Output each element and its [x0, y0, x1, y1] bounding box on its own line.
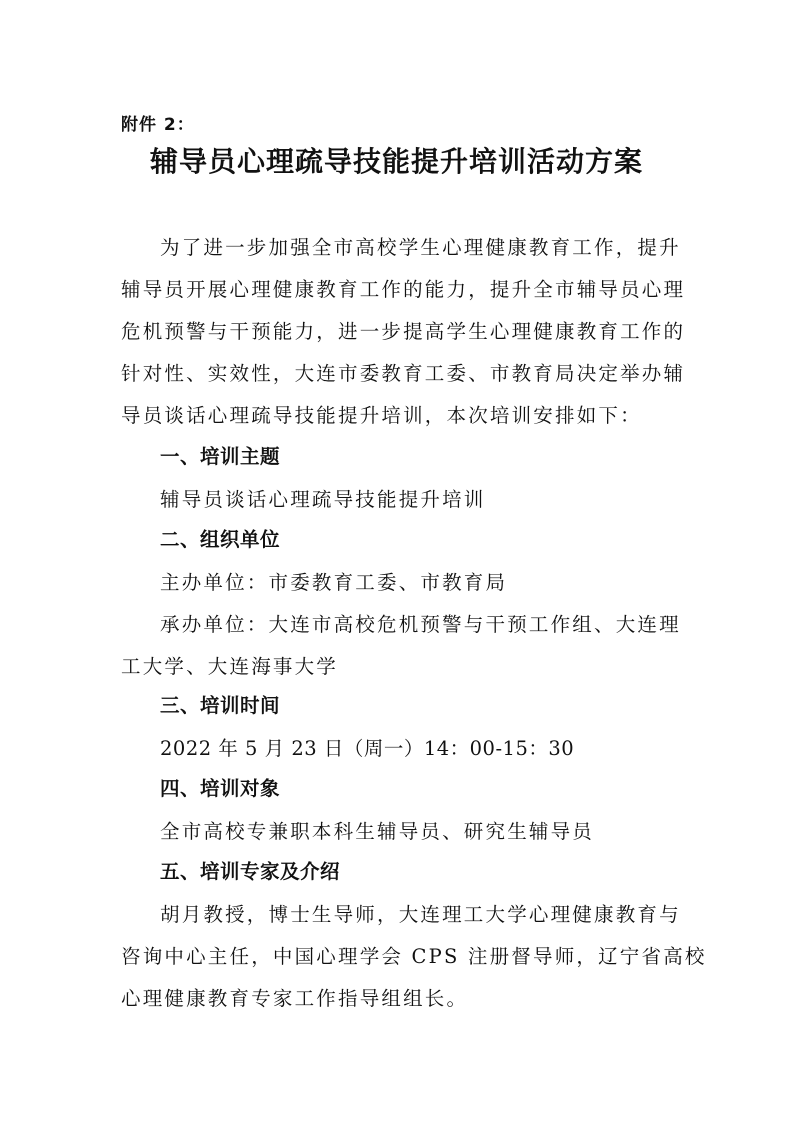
- section-text: 2022 年 5 月 23 日（周一）14：00-15：30: [160, 733, 574, 761]
- section-text: 胡月教授，博士生导师，大连理工大学心理健康教育与: [160, 899, 681, 927]
- section-heading-organizers: 二、组织单位: [160, 524, 280, 552]
- section-heading-expert: 五、培训专家及介绍: [160, 856, 340, 884]
- document-title: 辅导员心理疏导技能提升培训活动方案: [0, 140, 793, 180]
- section-text: 辅导员谈话心理疏导技能提升培训: [160, 484, 486, 512]
- intro-line: 导员谈话心理疏导技能提升培训，本次培训安排如下：: [121, 400, 642, 428]
- intro-line: 危机预警与干预能力，进一步提高学生心理健康教育工作的: [121, 316, 685, 344]
- section-text: 主办单位：市委教育工委、市教育局: [160, 567, 507, 595]
- intro-line: 辅导员开展心理健康教育工作的能力，提升全市辅导员心理: [121, 274, 685, 302]
- section-heading-audience: 四、培训对象: [160, 773, 280, 801]
- intro-line: 为了进一步加强全市高校学生心理健康教育工作，提升: [160, 232, 681, 260]
- section-text: 全市高校专兼职本科生辅导员、研究生辅导员: [160, 816, 594, 844]
- document-page: 附件 2： 辅导员心理疏导技能提升培训活动方案 为了进一步加强全市高校学生心理健…: [0, 0, 793, 1122]
- section-text: 咨询中心主任，中国心理学会 CPS 注册督导师，辽宁省高校: [121, 941, 707, 969]
- intro-line: 针对性、实效性，大连市委教育工委、市教育局决定举办辅: [121, 358, 685, 386]
- section-heading-time: 三、培训时间: [160, 690, 280, 718]
- section-text: 承办单位：大连市高校危机预警与干预工作组、大连理: [160, 609, 681, 637]
- section-text: 工大学、大连海事大学: [121, 651, 338, 679]
- section-heading-topic: 一、培训主题: [160, 441, 280, 469]
- attachment-label: 附件 2：: [121, 110, 195, 135]
- section-text: 心理健康教育专家工作指导组组长。: [121, 983, 468, 1011]
